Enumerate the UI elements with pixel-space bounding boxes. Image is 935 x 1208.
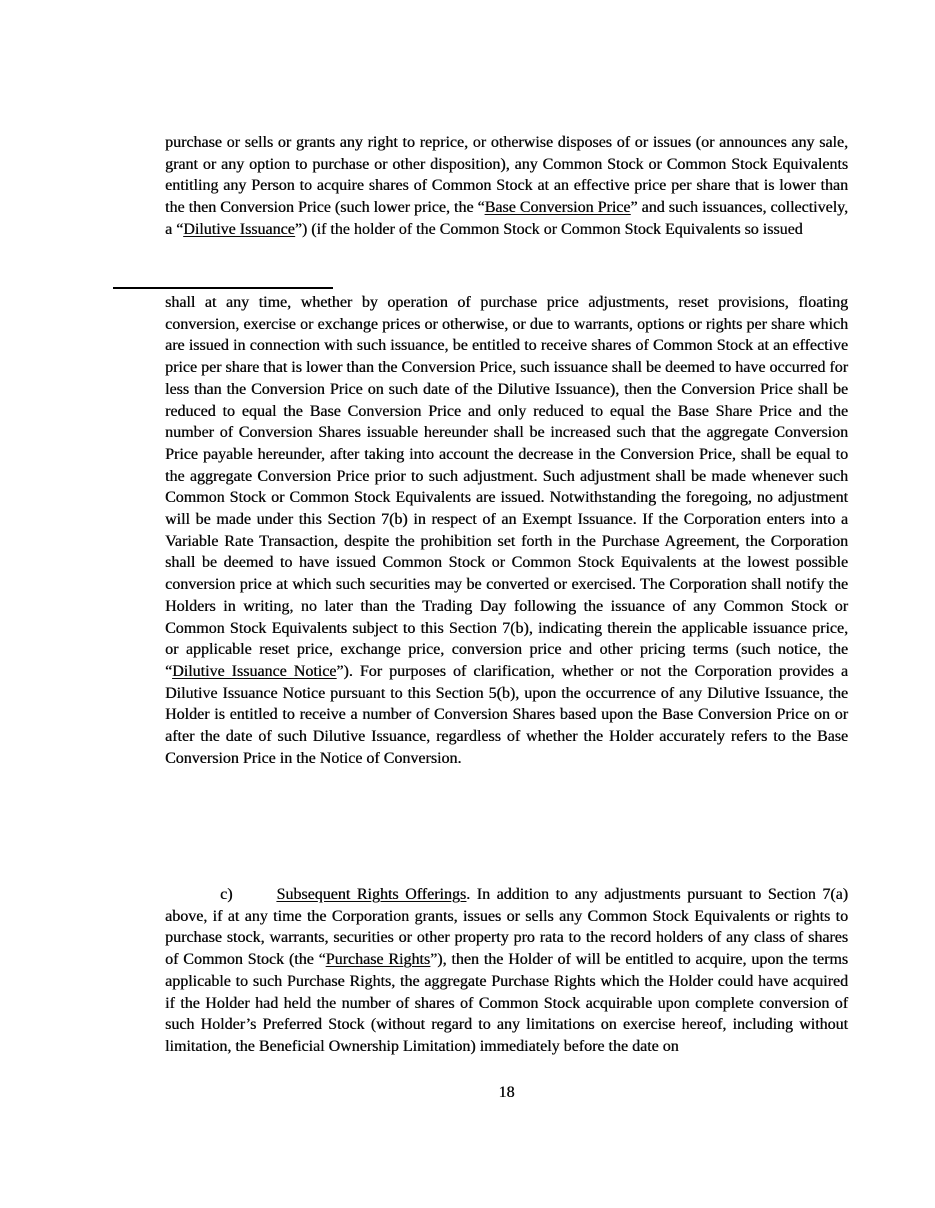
page-number: 18 bbox=[165, 1082, 848, 1104]
underlined-defined-term: Subsequent Rights Offerings bbox=[276, 886, 466, 903]
underlined-defined-term: Purchase Rights bbox=[326, 951, 430, 968]
text-segment: c) bbox=[220, 886, 232, 903]
paragraph-continuation: purchase or sells or grants any right to… bbox=[165, 132, 848, 241]
underlined-defined-term: Dilutive Issuance Notice bbox=[172, 663, 336, 680]
document-page: purchase or sells or grants any right to… bbox=[0, 0, 935, 1208]
text-segment: shall at any time, whether by operation … bbox=[165, 294, 848, 680]
underlined-defined-term: Base Conversion Price bbox=[485, 199, 631, 216]
paragraph-dilutive-issuance: shall at any time, whether by operation … bbox=[165, 292, 848, 769]
text-segment: ”) (if the holder of the Common Stock or… bbox=[295, 221, 803, 238]
footnote-separator-rule bbox=[113, 287, 333, 289]
paragraph-subsequent-rights-offerings: c)Subsequent Rights Offerings. In additi… bbox=[165, 884, 848, 1058]
underlined-defined-term: Dilutive Issuance bbox=[183, 221, 295, 238]
